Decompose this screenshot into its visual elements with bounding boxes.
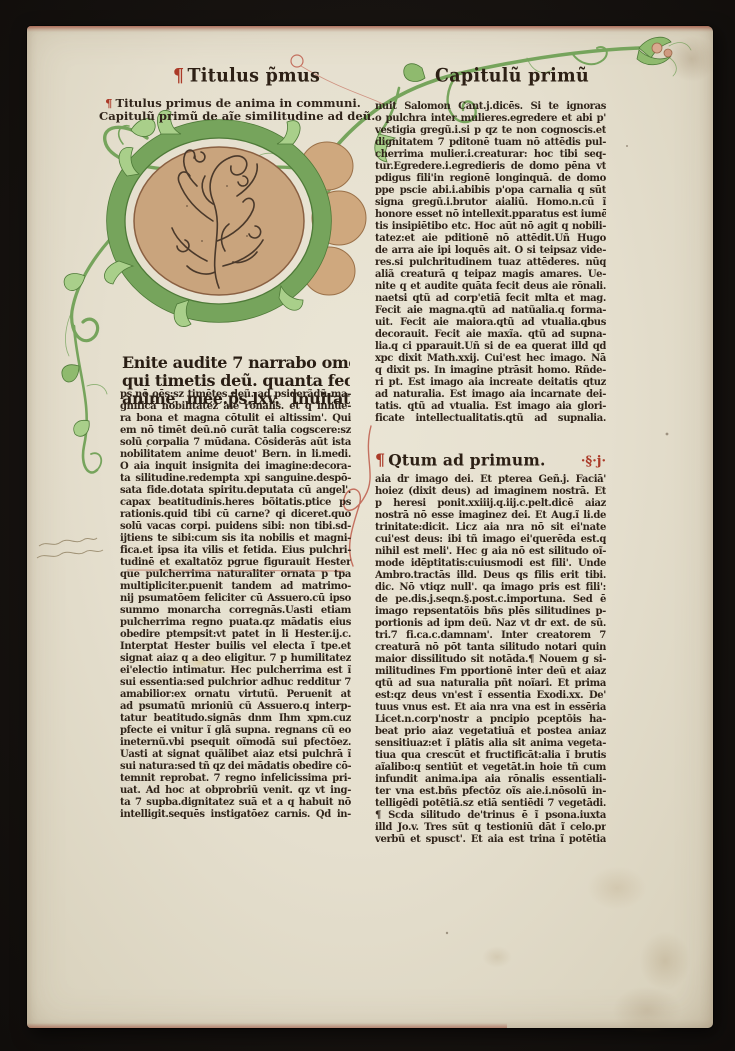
text-line: cui'est deus: ibi tñ imago ei'querēda es… bbox=[375, 534, 606, 546]
vine-leaf-icon bbox=[74, 420, 89, 436]
text-line: sata fide.dotata spiritu.deputata cū ang… bbox=[120, 485, 351, 497]
text-line: sui essentia:sed pulchrior adhuc redditu… bbox=[120, 677, 351, 689]
left-column-body: ps.nō oēs:sz timētes deũ. ad psiderãdũ m… bbox=[120, 389, 351, 821]
text-line: solũ corpalia 7 mūdana. Cōsiderās aūt is… bbox=[120, 437, 351, 449]
text-line: temnit reprobat. 7 regno infelicissima p… bbox=[120, 773, 351, 785]
text-line: cherrima mulier.i.creaturar: hoc tibi se… bbox=[375, 149, 606, 161]
text-line: creaturā nō pōt tanta silitudo notari qu… bbox=[375, 642, 606, 654]
text-line: Licet.n.corp'nostr a pncipio pceptõis ha… bbox=[375, 714, 606, 726]
text-line: de pe.dis.j.seqn.§.post.c.importuna. Sed… bbox=[375, 594, 606, 606]
handwritten-marginalia-icon bbox=[37, 538, 103, 558]
stain bbox=[612, 986, 682, 1034]
pilcrow-icon: ¶ bbox=[375, 450, 385, 469]
text-line: est:qz deus vn'est ĩ essentia Exodi.xx. … bbox=[375, 690, 606, 702]
vine-leaf-icon bbox=[62, 365, 79, 382]
text-line: Interptat Hester builis vel electa ĩ tpe… bbox=[120, 641, 351, 653]
stain bbox=[482, 946, 512, 968]
text-line: signat aiaz q a deo eligitur. 7 p humili… bbox=[120, 653, 351, 665]
text-line: tri.7 fi.ca.c.damnam'. Inter creatorem 7 bbox=[375, 630, 606, 642]
text-line: sui natura:sed tñ qz dei mādatis obedire… bbox=[120, 761, 351, 773]
text-line: xpc dixit Math.xxij. Cui'est hec imago. … bbox=[375, 353, 606, 365]
text-line: tiua qua crescūt et fructificāt:alia ĩ b… bbox=[375, 750, 606, 762]
text-line: Ambro.tractās illd. Deus qs filis erit t… bbox=[375, 570, 606, 582]
text-line: ter vna est.bñs pfectōz oĩs aie.i.nōsolū… bbox=[375, 786, 606, 798]
text-line: summo monarcha corregnās.Uasti etiam bbox=[120, 605, 351, 617]
text-line: Fecit aie magna.qtũ ad natũalia.q forma- bbox=[375, 305, 606, 317]
text-line: dignitatem 7 pditonē tuam nō attēdis pul… bbox=[375, 137, 606, 149]
text-line: aĩalibo:q sentiūt et vegetāt.in hoie tñ … bbox=[375, 762, 606, 774]
text-line: pfecte ei vnitur ĩ glã supna. regnans cũ… bbox=[120, 725, 351, 737]
text-line: Uasti at signat quãlibet aiaz etsi pulch… bbox=[120, 749, 351, 761]
text-line: multipliciter.puenit tandem ad matrimo- bbox=[120, 581, 351, 593]
flower-finial-icon bbox=[637, 37, 672, 65]
top-left-vine-icon bbox=[105, 126, 331, 195]
text-line: amabilior:ex ornatu virtutũ. Peruenit at bbox=[120, 689, 351, 701]
text-line: o pulchra inter mulieres.egredere et abi… bbox=[375, 113, 606, 125]
text-line: tatez:et aie pditionē nō attēdit.Uñ Hugo bbox=[375, 233, 606, 245]
text-line: ps.nō oēs:sz timētes deũ. ad psiderãdũ m… bbox=[120, 389, 351, 401]
right-column-body-b: aia dr imago dei. Et pterea Geñ.j. Faciā… bbox=[375, 474, 606, 846]
stain bbox=[639, 931, 691, 991]
red-stained-top-edge bbox=[27, 26, 713, 32]
text-line: qui timetis deũ. quanta fecit bbox=[122, 372, 350, 390]
section-heading: ¶ Qtum ad primum. ·§·j· bbox=[375, 450, 606, 472]
text-line: ficate intellectualitatis.qtũ ad supnali… bbox=[375, 413, 606, 425]
text-line: decorauit. Fecit aie maxĩa. qtũ ad supna… bbox=[375, 329, 606, 341]
text-line: tatis. qtũ ad vtualia. Est imago aia glo… bbox=[375, 401, 606, 413]
text-line: dic. Nō vtiqz null'. qa imago pris est f… bbox=[375, 582, 606, 594]
text-line: aia dr imago dei. Et pterea Geñ.j. Faciā… bbox=[375, 474, 606, 486]
text-line: verbũ et spusct'. Et aia est trina ĩ pot… bbox=[375, 834, 606, 846]
text-line: Enite audite 7 narrabo omēs bbox=[122, 354, 350, 372]
text-line: hoiez (dixit deus) ad imaginem nostrā. E… bbox=[375, 486, 606, 498]
text-line: sensitiuaz:et ĩ plātis alia sit anima ve… bbox=[375, 738, 606, 750]
text-line: ta silitudine.redempta xpi sanguine.desp… bbox=[120, 473, 351, 485]
left-title-text: Titulus p̃mus bbox=[187, 65, 320, 87]
text-line: res.si pulchritudinem tuaz attēderes. nū… bbox=[375, 257, 606, 269]
text-line: ei'electio intimatur. Hec pulcherrima es… bbox=[120, 665, 351, 677]
left-column-title: ¶Titulus p̃mus bbox=[173, 65, 320, 87]
text-line: vestigia gregũ.i.si p qz te non cognosci… bbox=[375, 125, 606, 137]
text-line: tuus vnus est. Et aia nra vna est in ess… bbox=[375, 702, 606, 714]
stain bbox=[667, 36, 717, 82]
text-line: em nō timēt deũ.nō curāt talia cogscere:… bbox=[120, 425, 351, 437]
text-line: pdigus fili'in regionē longinquā. de dom… bbox=[375, 173, 606, 185]
text-line: militudines Fm pportionē inter deũ et ai… bbox=[375, 666, 606, 678]
text-line: p heresi ponit.xxiiij.q.iij.c.pelt.dicē … bbox=[375, 498, 606, 510]
text-line: solū vacas corpi. puidens sibi: non tibi… bbox=[120, 521, 351, 533]
text-line: uit. Fecit aie maiora.qtũ ad vtualia.qbu… bbox=[375, 317, 606, 329]
text-line: maior dissilitudo sit notāda.¶ Nouem g s… bbox=[375, 654, 606, 666]
text-line: tudinē et exaltatōz pgrue figurauit Hest… bbox=[120, 557, 351, 569]
text-line: nobilitatem anime deuot' Bern. in li.med… bbox=[120, 449, 351, 461]
text-line: ta 7 supba.dignitatez suā et a q habuit … bbox=[120, 797, 351, 809]
text-line: ra bona et magna cōtulit ei altissim'. Q… bbox=[120, 413, 351, 425]
vine-leaf-icon bbox=[404, 64, 425, 82]
right-column-body-a: nuit Salomon Cant.j.dicēs. Si te ignoras… bbox=[375, 101, 606, 425]
text-line: telligēdi potētiā.sz etiā sentiēdi 7 veg… bbox=[375, 798, 606, 810]
text-line: ri pt. Est imago aia increate deitatis q… bbox=[375, 377, 606, 389]
text-line: ppe pscie abi.i.abibis p'opa carnalia q … bbox=[375, 185, 606, 197]
text-line: ineternũ.vbi psequit oĩmodā sui pfectōez… bbox=[120, 737, 351, 749]
vine-leaf-icon bbox=[64, 274, 85, 291]
text-line: mode idēptitatis:cuiusmodi est fili'. Un… bbox=[375, 558, 606, 570]
text-line: portionis ad ipm deũ. Naz vt dr ext. de … bbox=[375, 618, 606, 630]
text-line: O aia inquit insignita dei imagine:decor… bbox=[120, 461, 351, 473]
pilcrow-icon: ¶ bbox=[173, 65, 184, 87]
text-line: capax beatitudinis.heres bõitatis.ptice … bbox=[120, 497, 351, 509]
text-line: trinitate:dicit. Licz aia nra nō sit ei'… bbox=[375, 522, 606, 534]
text-line: illd Jo.v. Tres sūt q testioniū dāt ĩ ce… bbox=[375, 822, 606, 834]
text-line: nostrā nō esse imaginez dei. Et Aug.ĩ li… bbox=[375, 510, 606, 522]
text-line: qtũ ad sua naturalia pñt noĩari. Et prim… bbox=[375, 678, 606, 690]
text-line: honore esset nō intellexit.pparatus est … bbox=[375, 209, 606, 221]
text-line: nite q et audite quāta fecit deus aie rō… bbox=[375, 281, 606, 293]
text-line: lia.q ci pparauit.Uñ si de ea querat ill… bbox=[375, 341, 606, 353]
text-line: uat. Ad hoc at obprobriũ venit. qz vt in… bbox=[120, 785, 351, 797]
text-line: aliã creaturā q teipaz magis amares. Ue- bbox=[375, 269, 606, 281]
photograph-backdrop: { "colors": { "backdrop": "#171310", "pa… bbox=[0, 0, 735, 1051]
text-line: fica.et ipsa ita vilis et fetida. Eius p… bbox=[120, 545, 351, 557]
text-line: obedire ptempsit:vt patet in li Hester.i… bbox=[120, 629, 351, 641]
text-line: imago repsentatõis bñs plēs silitudines … bbox=[375, 606, 606, 618]
text-line: q dixit ps. In imagine ptrāsit homo. Rñd… bbox=[375, 365, 606, 377]
text-line: tur.Egredere.i.egredieris de domo pēna v… bbox=[375, 161, 606, 173]
subtitle-text: Titulus primus de anima in communi. bbox=[116, 96, 361, 110]
text-line: ad naturalia. Est imago aia incarnate de… bbox=[375, 389, 606, 401]
text-line: rationis.quid tibi cū carne? qi diceret.… bbox=[120, 509, 351, 521]
right-column-title: Capitulũ primũ bbox=[435, 65, 589, 87]
text-line: tis insipiētibo etc. Hoc aūt nō agit q n… bbox=[375, 221, 606, 233]
text-line: tatur beatitudo.signās dnm Ihm xpm.cuz bbox=[120, 713, 351, 725]
text-line: naetsi qtũ ad corp'etiā fecit mlta et ma… bbox=[375, 293, 606, 305]
text-line: pulcherrima regno puata.qz mādatis eius bbox=[120, 617, 351, 629]
text-line: ad psumatũ mrioniũ cũ Assuero.q interp- bbox=[120, 701, 351, 713]
stain bbox=[587, 866, 647, 910]
pilcrow-icon: ¶ bbox=[105, 96, 112, 110]
text-line: signa gregũ.i.brutor aialiũ. Homo.n.cū ĩ bbox=[375, 197, 606, 209]
text-line: ijtiens te sibi:cum sis ita nobilis et m… bbox=[120, 533, 351, 545]
red-stained-bottom-edge bbox=[27, 1023, 507, 1028]
text-line: nij psumatōem feliciter cū Assuero.cū ip… bbox=[120, 593, 351, 605]
text-line: que pulcherrima naturaliter ornata p tpa bbox=[120, 569, 351, 581]
text-line: beat prio aiaz vegetatiuā et postea ania… bbox=[375, 726, 606, 738]
text-line: infundit anima.ipa aia rōnalis essential… bbox=[375, 774, 606, 786]
text-line: intelligit.sequēs instigatōez carnis. Qd… bbox=[120, 809, 351, 821]
right-title-text: Capitulũ primũ bbox=[435, 65, 589, 87]
illuminated-initial bbox=[104, 110, 366, 326]
text-line: gnificā nobilitatez aie rōnalis. et q in… bbox=[120, 401, 351, 413]
left-margin-vine-icon bbox=[65, 226, 123, 473]
text-line: ¶ Scda silitudo de'trinus ē ĩ psona.iuxt… bbox=[375, 810, 606, 822]
incunabulum-page: ¶Titulus p̃mus Capitulũ primũ ¶Titulus p… bbox=[27, 26, 713, 1028]
section-reference: ·§·j· bbox=[581, 454, 606, 469]
text-line: nihil est meli'. Hec g aia nō est silitu… bbox=[375, 546, 606, 558]
text-line: nuit Salomon Cant.j.dicēs. Si te ignoras bbox=[375, 101, 606, 113]
text-line: de arra aie ipi loquēs ait. O si teipsaz… bbox=[375, 245, 606, 257]
chapter-subtitle: ¶Titulus primus de anima in communi. Cap… bbox=[99, 97, 367, 123]
section-heading-text: Qtum ad primum. bbox=[388, 450, 545, 470]
subtitle-line: Capitulũ primũ de aĩe similitudine ad de… bbox=[99, 110, 367, 123]
